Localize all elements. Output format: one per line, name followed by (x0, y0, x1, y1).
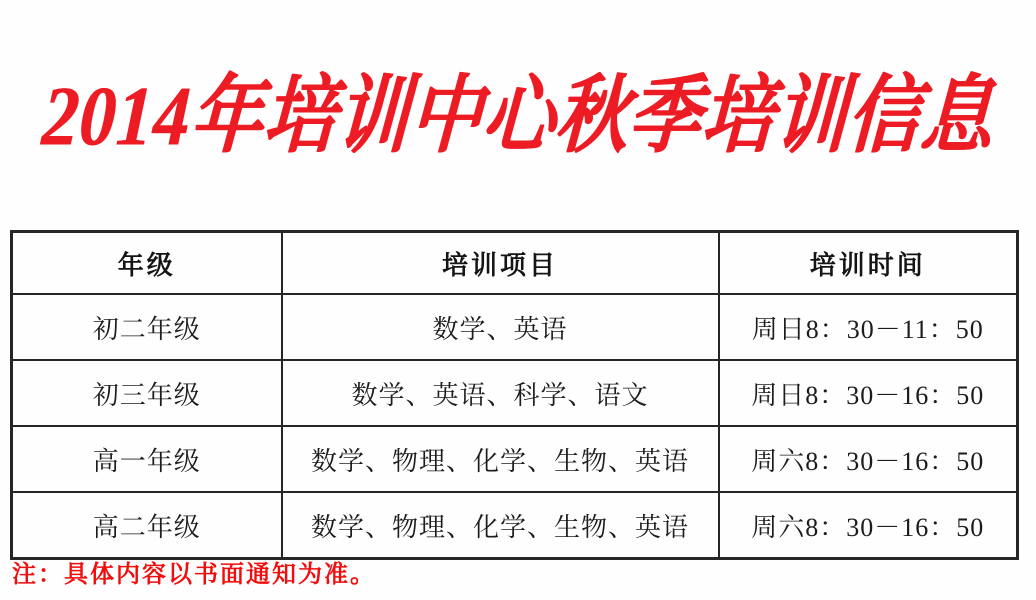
grade-cell: 初三年级 (12, 360, 282, 426)
table-row: 高二年级 数学、物理、化学、生物、英语 周六8：30－16：50 (12, 492, 1018, 559)
subjects-cell: 数学、英语 (282, 294, 719, 360)
grade-cell: 初二年级 (12, 294, 282, 360)
grade-cell: 高二年级 (12, 492, 282, 559)
time-cell: 周六8：30－16：50 (719, 426, 1018, 492)
grade-cell: 高一年级 (12, 426, 282, 492)
table-row: 高一年级 数学、物理、化学、生物、英语 周六8：30－16：50 (12, 426, 1018, 492)
time-cell: 周日8：30－16：50 (719, 360, 1018, 426)
header-grade: 年级 (12, 232, 282, 295)
time-cell: 周日8：30－11：50 (719, 294, 1018, 360)
header-subjects: 培训项目 (282, 232, 719, 295)
footnote: 注：具体内容以书面通知为准。 (12, 554, 376, 589)
document-page: 2014年培训中心秋季培训信息 年级 培训项目 培训时间 初二年级 数学、英语 … (0, 0, 1036, 600)
table-header-row: 年级 培训项目 培训时间 (12, 232, 1018, 295)
table-row: 初三年级 数学、英语、科学、语文 周日8：30－16：50 (12, 360, 1018, 426)
table-row: 初二年级 数学、英语 周日8：30－11：50 (12, 294, 1018, 360)
page-title: 2014年培训中心秋季培训信息 (0, 74, 1036, 159)
time-cell: 周六8：30－16：50 (719, 492, 1018, 559)
training-schedule-table: 年级 培训项目 培训时间 初二年级 数学、英语 周日8：30－11：50 初三年… (10, 230, 1019, 560)
subjects-cell: 数学、物理、化学、生物、英语 (282, 426, 719, 492)
subjects-cell: 数学、物理、化学、生物、英语 (282, 492, 719, 559)
header-time: 培训时间 (719, 232, 1018, 295)
subjects-cell: 数学、英语、科学、语文 (282, 360, 719, 426)
